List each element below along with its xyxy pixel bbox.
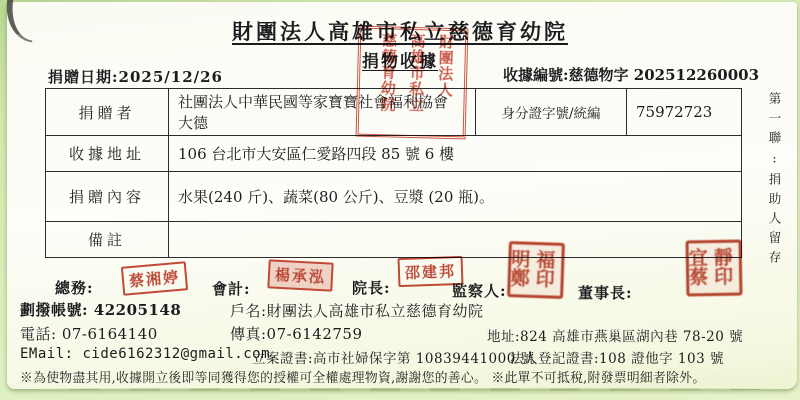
table-row: 捐贈內容 水果(240 斤)、蔬菜(80 公斤)、豆漿 (20 瓶)。 [46,172,742,222]
copy-retention-note: 第一聯:捐助人留存 [765,92,783,272]
receipt-address-value: 106 台北市大安區仁愛路四段 85 號 6 樓 [169,136,742,172]
address: 地址:824 高雄市燕巢區湖內巷 78-20 號 [487,325,743,345]
id-number-label: 身分證字號/統編 [476,89,627,136]
seal-text: 明鄭 [510,250,536,289]
accountant-name-stamp: 楊承泓 [267,259,333,291]
director-label: 院長: [352,277,391,298]
account-name: 戶名:財團法人高雄市私立慈德育幼院 [230,300,484,321]
org-seal-column: 高雄市私立 [401,33,432,133]
phone: 電話: 07-6164140 [20,323,158,344]
org-seal-column: 財團法人 [429,34,460,134]
fax: 傳真:07-6142759 [230,323,363,344]
donor-label: 捐贈者 [46,89,169,136]
org-seal-stamp: 財團法人 高雄市私立 慈德育幼院 [356,26,469,140]
receipt-address-label: 收據地址 [46,136,169,172]
general-affairs-name-stamp: 蔡湘婷 [121,261,188,296]
chairman-seal-stamp: 宜蔡 靜印 [686,240,743,297]
seal-text: 靜印 [714,249,740,287]
accountant-label: 會計: [212,278,251,299]
receipt-number: 收據編號:慈德物字 202512260003 [503,64,759,85]
disclaimer-note: ※為使物盡其用,收據開立後即等同獲得您的授權可全權處理物資,謝謝您的善心。 ※此… [20,367,780,386]
seal-text: 福印 [535,251,561,290]
supervisor-seal-stamp: 明鄭 福印 [507,241,565,299]
registration-cert: 立案證書:高市社婦保字第 10839441000 號 [252,347,535,367]
giro-account: 劃撥帳號: 42205148 [20,299,181,320]
general-affairs-label: 總務: [55,277,94,298]
remarks-label: 備註 [46,222,169,258]
paper-bottom-edge [10,388,794,391]
donation-date: 捐贈日期:2025/12/26 [48,66,223,87]
remarks-value [169,222,742,258]
id-number-value: 75972723 [627,89,742,136]
chairman-label: 董事長: [578,282,633,303]
table-row: 備註 [46,222,742,258]
email: EMail: cide6162312@gmail.com [20,346,270,362]
donation-content-label: 捐贈內容 [46,172,169,222]
supervisor-label: 監察人: [452,280,507,301]
donation-content-value: 水果(240 斤)、蔬菜(80 公斤)、豆漿 (20 瓶)。 [169,172,742,222]
seal-text: 宜蔡 [689,249,715,287]
table-row: 收據地址 106 台北市大安區仁愛路四段 85 號 6 樓 [46,136,742,172]
org-seal-column: 慈德育幼院 [372,32,403,132]
corporate-cert: 法人登記證書:108 證他字 103 號 [510,347,724,367]
